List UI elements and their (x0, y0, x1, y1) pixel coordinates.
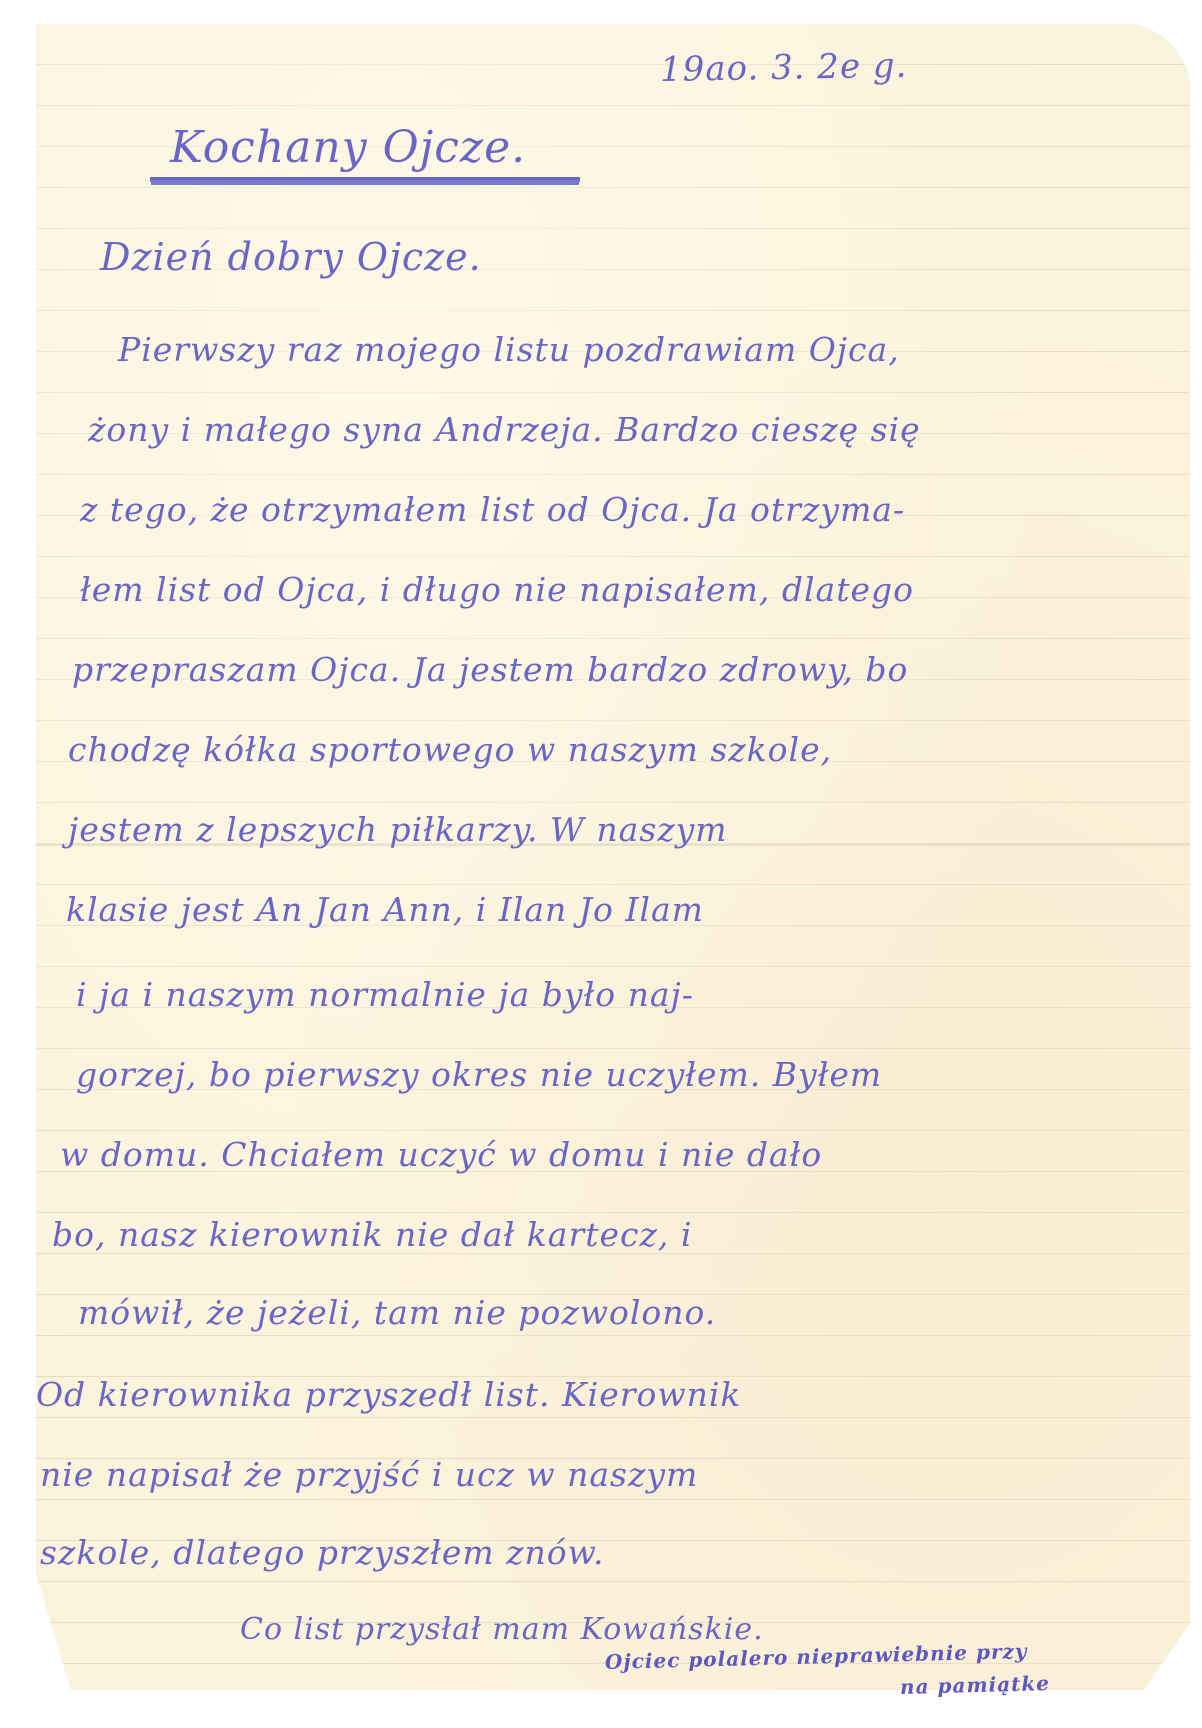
body-line-9: i ja i naszym normalnie ja było naj- (76, 975, 694, 1014)
body-line-15: nie napisał że przyjść i ucz w naszym (40, 1455, 698, 1494)
body-line-8: klasie jest An Jan Ann, i Ilan Jo Ilam (66, 890, 704, 929)
body-line-3: z tego, że otrzymałem list od Ojca. Ja o… (80, 490, 905, 529)
letter-date: 19ao. 3. 2e g. (660, 46, 908, 90)
body-line-12: bo, nasz kierownik nie dał kartecz, i (52, 1215, 692, 1254)
body-line-13: mówił, że jeżeli, tam nie pozwolono. (78, 1293, 716, 1332)
letter-greeting: Dzień dobry Ojcze. (100, 235, 482, 279)
body-line-2: żony i małego syna Andrzeja. Bardzo cies… (88, 410, 921, 449)
body-line-10: gorzej, bo pierwszy okres nie uczyłem. B… (76, 1055, 882, 1094)
body-line-14: Od kierownika przyszedł list. Kierownik (36, 1375, 741, 1414)
margin-note-line-2: na pamiątke (900, 1671, 1051, 1699)
body-line-16: szkole, dlatego przyszłem znów. (40, 1533, 604, 1572)
heading-double-underline (150, 177, 580, 182)
body-line-7: jestem z lepszych piłkarzy. W naszym (68, 810, 728, 849)
body-line-6: chodzę kółka sportowego w naszym szkole, (68, 730, 832, 769)
body-line-11: w domu. Chciałem uczyć w domu i nie dało (60, 1135, 822, 1174)
letter-heading: Kochany Ojcze. (170, 122, 526, 173)
body-line-1: Pierwszy raz mojego listu pozdrawiam Ojc… (118, 330, 900, 369)
letter-closing: Co list przysłał mam Kowańskie. (240, 1612, 764, 1647)
body-line-4: łem list od Ojca, i długo nie napisałem,… (80, 570, 914, 609)
body-line-5: przepraszam Ojca. Ja jestem bardzo zdrow… (72, 650, 908, 689)
